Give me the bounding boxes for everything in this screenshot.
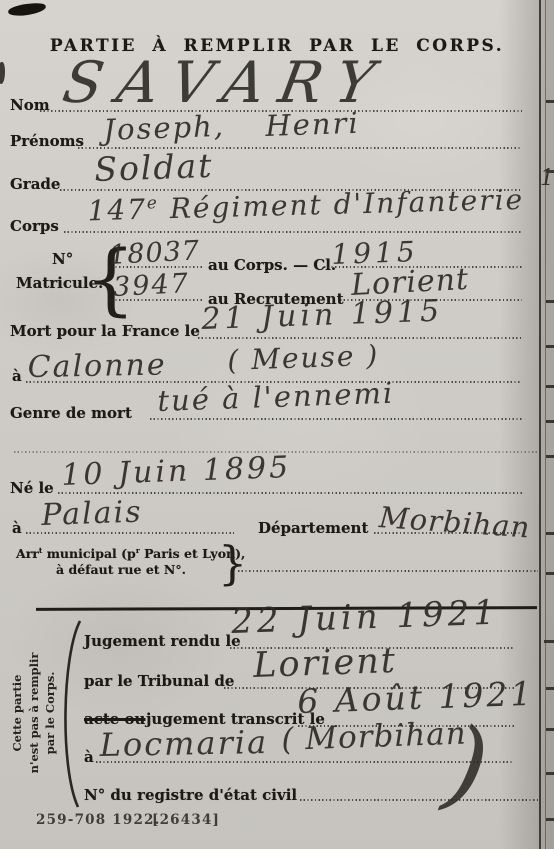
matricule-label-line1: N° [52,250,73,268]
imprint-code: 259-708 1922. [36,812,161,828]
ne-le-dotted-line [58,492,522,494]
ne-lieu-label: à [12,519,22,537]
mort-label: Mort pour la France le [10,322,200,340]
edge-tick [546,728,554,731]
edge-tick [546,100,554,103]
page-edge-line [539,0,541,849]
transcrit-lieu-handwritten-value: Locmaria [99,723,268,764]
genre-mort-handwritten-value: tué à l'ennemi [157,376,395,418]
genre-mort-label: Genre de mort [10,404,132,422]
departement-handwritten-value: Morbihan [378,500,532,544]
mort-lieu-departement-handwritten: ( Meuse ) [227,339,380,377]
transcrit-departement-handwritten: ( Morbihan [281,716,467,758]
corps-label: Corps [10,217,59,235]
genre-mort-dotted-line [150,418,522,420]
edge-tick [546,385,554,388]
grade-handwritten-value: Soldat [94,146,214,189]
ne-le-label: Né le [10,479,54,497]
matricule-recrutement-handwritten-value: 3947 [112,268,190,303]
mort-handwritten-value: 21 Juin 1915 [201,294,444,337]
edge-tick [546,572,554,575]
military-death-record-card: PARTIE À REMPLIR PAR LE CORPS. Nom SAVAR… [0,0,554,849]
edge-tick [546,818,554,821]
mort-lieu-label: à [12,367,22,385]
jugement-group-paren [56,618,84,810]
sidebar-note-line2: n'est pas à remplir [26,653,43,774]
jugement-rendu-label: Jugement rendu le [84,632,241,650]
edge-tick [546,300,554,303]
edge-tick [546,532,554,535]
ink-mark-left-edge [0,62,5,84]
edge-tick [546,420,554,423]
edge-tick [544,640,554,643]
edge-tick [546,455,554,458]
tribunal-label: par le Tribunal de [84,672,234,690]
prenoms-label: Prénoms [10,132,84,150]
transcrit-lieu-label: à [84,748,94,766]
arrondissement-label-line1: Arrt municipal (pr Paris et Lyon), [16,546,245,561]
mort-lieu-handwritten-value: Calonne [27,348,166,385]
matricule-corps-handwritten-value: 18037 [108,235,200,271]
ne-lieu-handwritten-value: Palais [41,494,143,533]
grade-label: Grade [10,175,60,193]
jugement-rendu-handwritten-value: 22 Juin 1921 [231,593,500,642]
page-edge-line-secondary [545,0,546,849]
prenoms-handwritten-value-1: Joseph, [103,109,226,147]
sidebar-vertical-note: Cette partie n'est pas à remplir par le … [6,626,62,800]
edge-tick [546,687,554,690]
registre-dotted-line [300,799,540,801]
departement-label: Département [258,519,368,537]
sidebar-note-line1: Cette partie [9,675,26,752]
prenoms-handwritten-value-2: Henri [265,106,360,143]
corps-dotted-line [64,231,522,233]
arrondissement-dotted-line [238,570,538,572]
arrondissement-brace: } [218,540,247,586]
registre-label: N° du registre d'état civil [84,786,297,804]
au-corps-label: au Corps. — Cl. [208,256,336,274]
ne-le-handwritten-value: 10 Juin 1895 [61,450,292,493]
ink-blot-top-left [7,2,46,18]
edge-tick [546,345,554,348]
transcrit-handwritten-value: 6 Août 1921 [297,674,535,721]
arrondissement-label-line2: à défaut rue et N°. [56,562,186,577]
edge-tick [546,170,554,173]
imprint-reference: [26434] [152,812,220,828]
edge-tick [546,772,554,775]
